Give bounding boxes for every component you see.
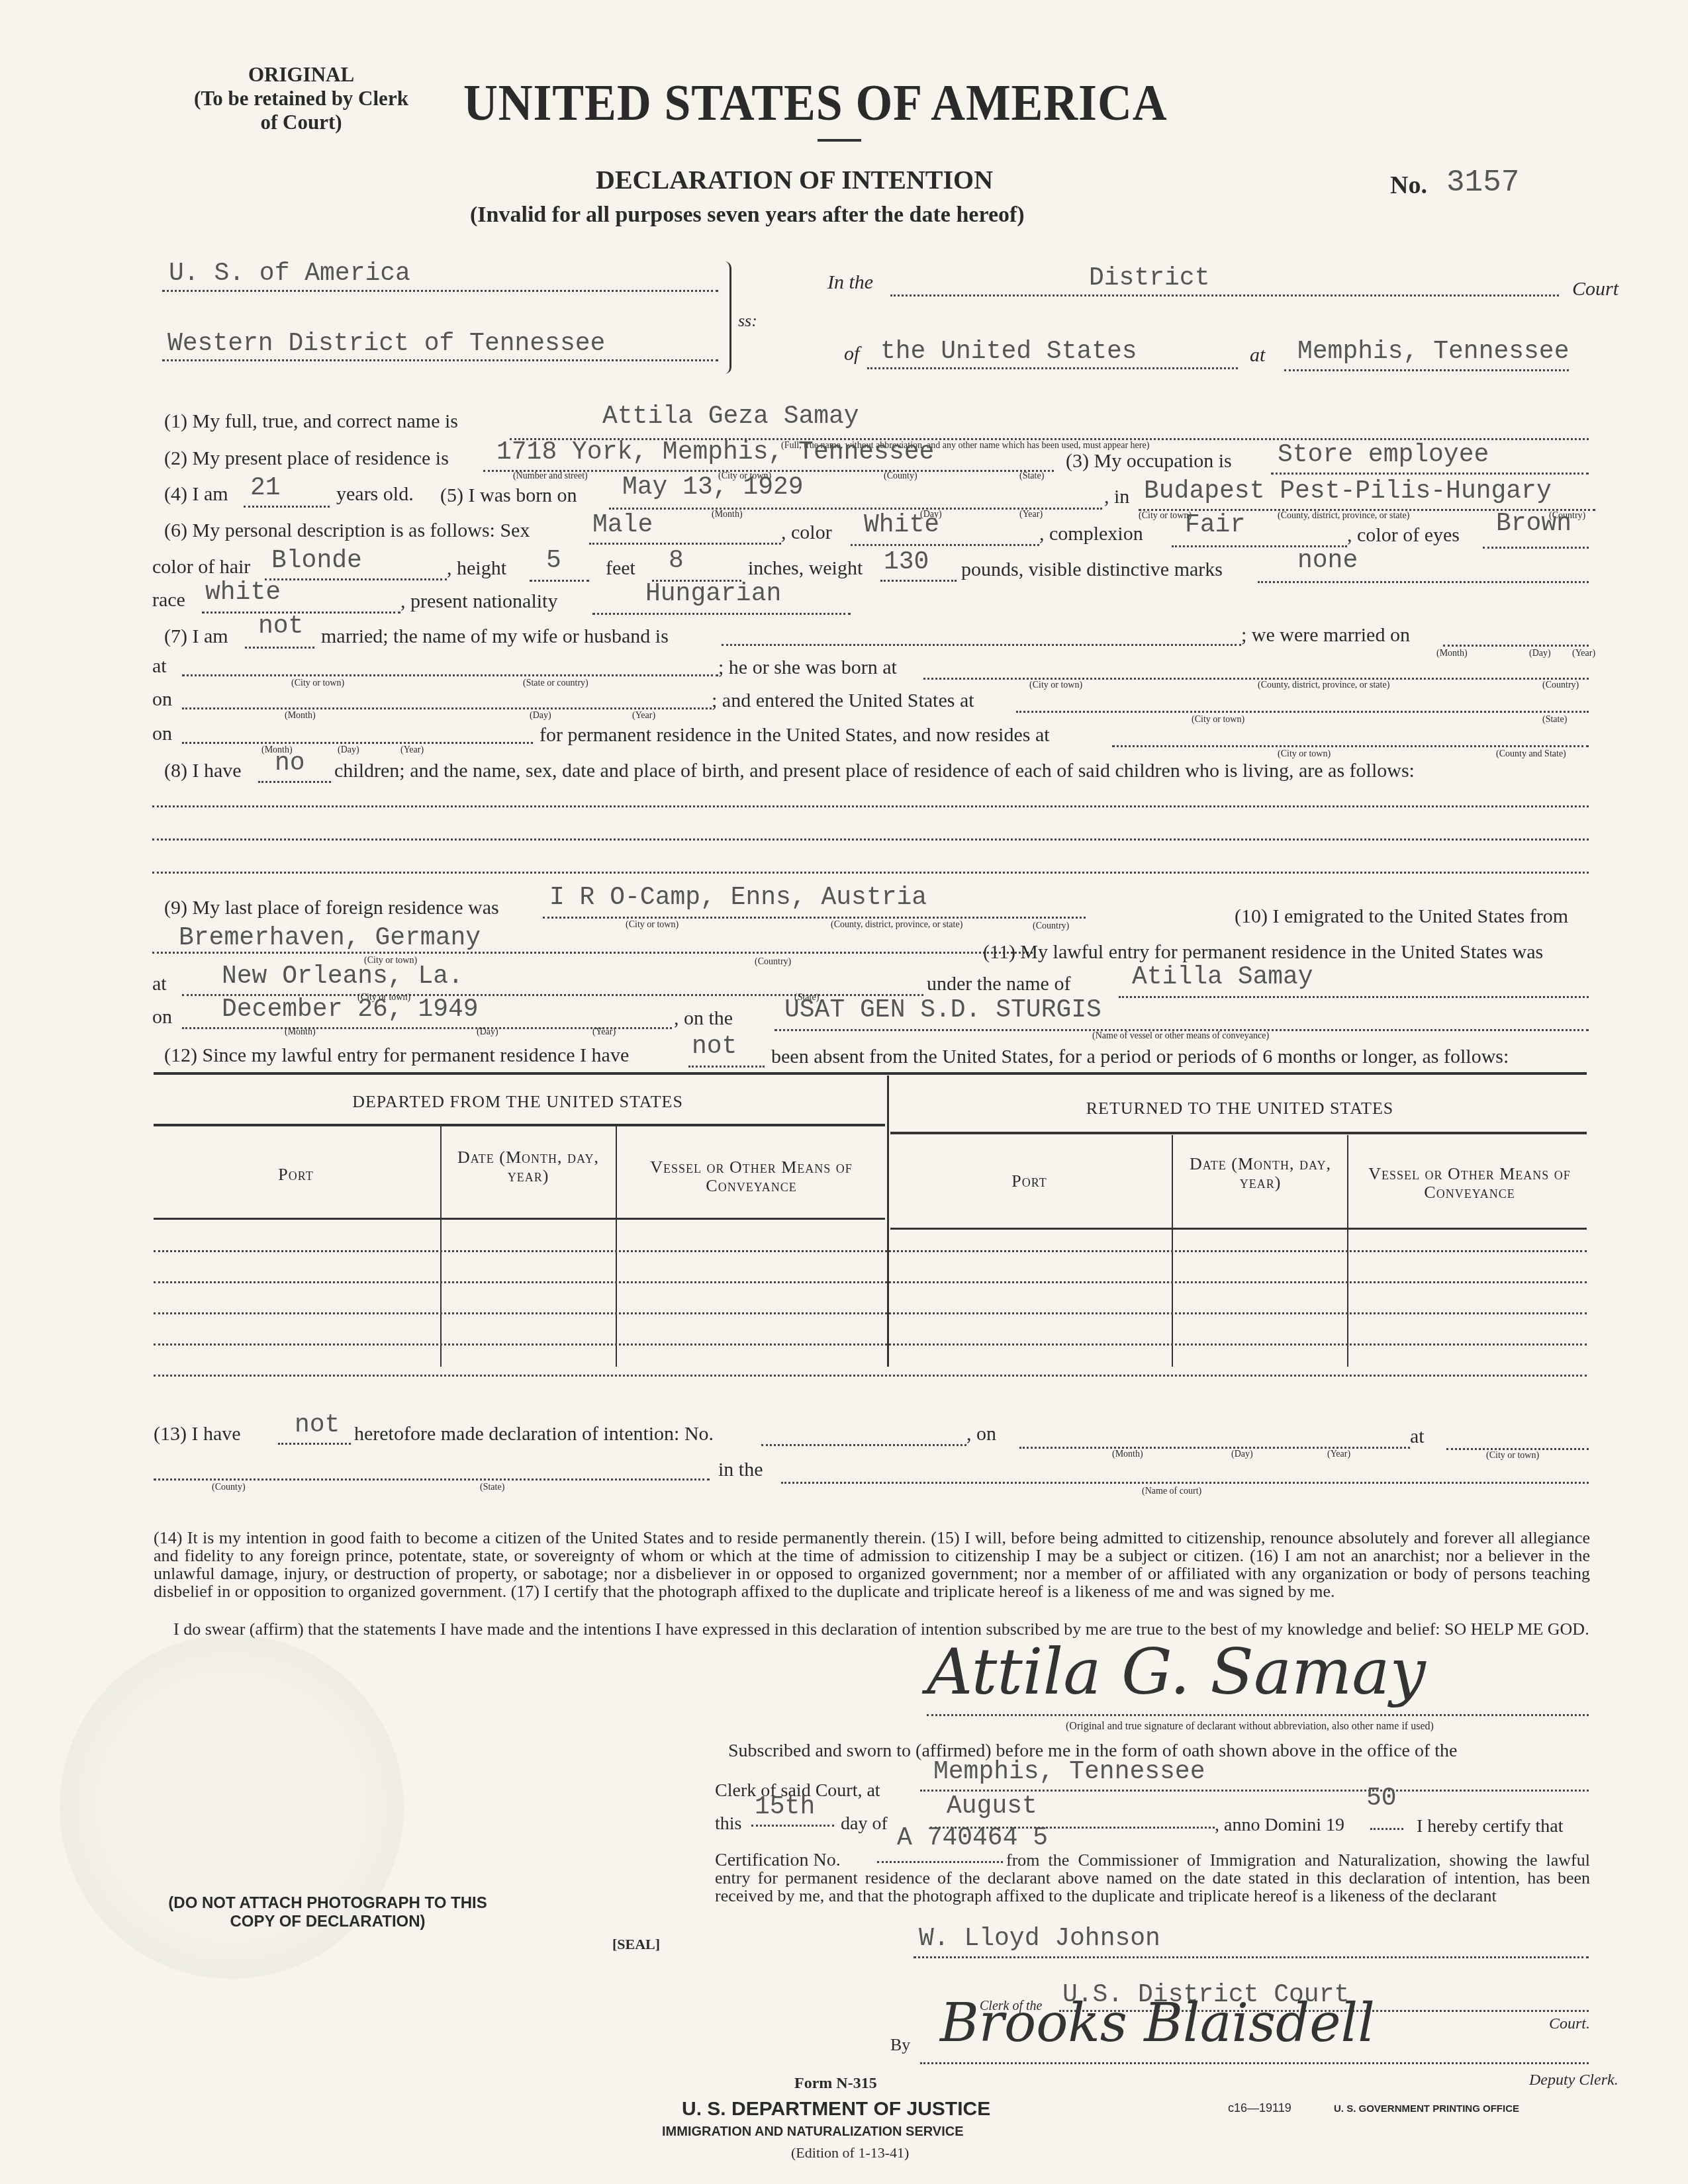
form-number: Form N-315 [794, 2075, 877, 2093]
children-line-1[interactable] [152, 791, 1589, 807]
entry-at-label: at [152, 973, 167, 995]
entry-sub-year: (Year) [400, 745, 424, 756]
q1-label: (1) My full, true, and correct name is [164, 410, 458, 433]
under-name-label: under the name of [927, 973, 1070, 995]
vessel-sub: (Name of vessel or other means of convey… [1092, 1031, 1269, 1042]
prior-on-label: , on [966, 1423, 996, 1445]
spouse-residence-field[interactable] [1112, 723, 1589, 747]
entry-name-field[interactable]: Atilla Samay [1119, 970, 1589, 998]
prior-declaration-status: not [295, 1411, 340, 1439]
print-code: c16—19119 [1228, 2101, 1291, 2115]
weight-field[interactable]: 130 [880, 552, 957, 582]
venue-district-field[interactable]: Western District of Tennessee [162, 330, 718, 361]
ss-label: ss: [738, 311, 757, 331]
certification-number: A 740464 5 [897, 1824, 1048, 1852]
q13-label: (13) I have [154, 1423, 241, 1445]
prior-sub-month: (Month) [1112, 1449, 1143, 1460]
prior-in-the-label: in the [718, 1459, 763, 1481]
prior-city-field[interactable] [1446, 1426, 1589, 1450]
original-label: ORIGINAL [192, 63, 410, 87]
birth-place-field[interactable]: Budapest Pest-Pilis-Hungary [1139, 480, 1595, 511]
q9-label: (9) My last place of foreign residence w… [164, 897, 499, 919]
document-subtitle: DECLARATION OF INTENTION [596, 164, 993, 195]
resides-sub-city: (City or town) [1278, 749, 1331, 760]
birth-date-field[interactable]: May 13, 1929 [609, 480, 1102, 510]
edition: (Edition of 1-13-41) [791, 2144, 909, 2161]
residence-field[interactable]: 1718 York, Memphis, Tennessee [483, 442, 1054, 472]
race-field[interactable]: white [202, 584, 400, 614]
resides-sub-county: (County and State) [1496, 749, 1566, 760]
marriage-place-field[interactable] [182, 652, 718, 676]
certify-label: I hereby certify that [1417, 1816, 1564, 1837]
q7-spouse-label: married; the name of my wife or husband … [321, 625, 669, 648]
service: IMMIGRATION AND NATURALIZATION SERVICE [662, 2124, 964, 2140]
prior-sub-court: (Name of court) [1142, 1486, 1201, 1497]
prior-number-field[interactable] [761, 1422, 966, 1446]
complexion-field[interactable]: Fair [1172, 518, 1347, 547]
prior-court-field[interactable] [781, 1459, 1589, 1484]
deputy-clerk-label: Deputy Clerk. [1529, 2071, 1618, 2089]
venue-country-field[interactable]: U. S. of America [162, 263, 718, 292]
spouse-entry-date-field[interactable] [182, 719, 533, 744]
entry-date: December 26, 1949 [222, 995, 479, 1024]
emigrated-from: Bremerhaven, Germany [179, 924, 481, 952]
age: 21 [250, 474, 281, 502]
table-top-rule [154, 1072, 1587, 1075]
last-res-sub-country: (Country) [1033, 921, 1069, 932]
q8-label: (8) I have [164, 760, 242, 782]
children-count: no [275, 749, 305, 778]
children-line-2[interactable] [152, 824, 1589, 841]
department: U. S. DEPARTMENT OF JUSTICE [682, 2098, 990, 2120]
married-status: not [258, 612, 303, 641]
venue-brace [720, 261, 731, 374]
clerk-name: W. Lloyd Johnson [919, 1925, 1160, 1953]
q12-label: (12) Since my lawful entry for permanent… [164, 1044, 629, 1067]
entry-date-sub-month: (Month) [285, 1027, 316, 1038]
children-line-3[interactable] [152, 857, 1589, 874]
entry-port: New Orleans, La. [222, 962, 463, 991]
children-count-field[interactable]: no [258, 754, 331, 783]
q5-label: (5) I was born on [440, 484, 577, 507]
departed-title: DEPARTED FROM THE UNITED STATES [154, 1092, 882, 1112]
declaration-number-label: No. [1390, 171, 1427, 200]
race: white [205, 578, 281, 607]
spouse-born-on-label: on [152, 688, 172, 711]
entry-sub-day: (Day) [338, 745, 359, 756]
birth-place: Budapest Pest-Pilis-Hungary [1144, 477, 1552, 506]
prior-sub-state: (State) [480, 1482, 504, 1493]
of-label: of [844, 343, 859, 365]
years-old-label: years old. [336, 483, 414, 506]
q8-text: children; and the name, sex, date and pl… [334, 760, 1415, 782]
in-the-label: In the [827, 271, 873, 294]
declarant-signature-note: (Original and true signature of declaran… [1066, 1721, 1434, 1733]
married-at-label: at [152, 655, 167, 678]
court-label: Court [1572, 278, 1618, 300]
oath-month: August [947, 1792, 1037, 1821]
eyes-label: , color of eyes [1347, 524, 1460, 547]
sex-field[interactable]: Male [589, 515, 781, 545]
height-inches-field[interactable]: 8 [652, 552, 741, 582]
court-of-field[interactable]: the United States [867, 338, 1238, 369]
feet-label: feet [606, 557, 635, 580]
clerk-location: Memphis, Tennessee [933, 1758, 1205, 1786]
returned-date-header: Date (Month, day, year) [1175, 1155, 1346, 1192]
prior-sub-year: (Year) [1327, 1449, 1350, 1460]
hair-field[interactable]: Blonde [265, 551, 447, 580]
day-field[interactable]: 15th [751, 1797, 834, 1827]
height-inches: 8 [669, 547, 684, 575]
table-row[interactable] [154, 1283, 1587, 1314]
at-label: at [1250, 344, 1265, 367]
age-field[interactable]: 21 [244, 478, 330, 508]
original-copy-note: ORIGINAL (To be retained by Clerk of Cou… [192, 63, 410, 134]
court-type: District [1089, 264, 1209, 293]
title-divider [818, 139, 861, 142]
year-field[interactable]: 50 [1370, 1801, 1403, 1830]
venue-country: U. S. of America [169, 259, 410, 288]
hair-label: color of hair [152, 556, 250, 578]
full-name: Attila Geza Samay [602, 402, 859, 431]
nationality: Hungarian [645, 580, 781, 608]
entry-name: Atilla Samay [1132, 963, 1313, 991]
weight: 130 [884, 548, 929, 576]
last-residence-field[interactable]: I R O-Camp, Enns, Austria [543, 890, 1086, 919]
q6-label: (6) My personal description is as follow… [164, 520, 530, 542]
color-label: , color [781, 522, 832, 544]
prior-declaration-field[interactable]: not [278, 1416, 351, 1445]
prior-at-label: at [1410, 1426, 1425, 1448]
returned-header-rule [890, 1132, 1587, 1134]
inches-weight-label: inches, weight [748, 557, 863, 580]
birth-date: May 13, 1929 [622, 473, 804, 502]
spouse-birth-sub-year: (Year) [632, 711, 655, 721]
absence-table-body [154, 1221, 1587, 1377]
entry-port-field[interactable]: New Orleans, La. [182, 968, 923, 996]
eye-color: Brown [1496, 510, 1571, 538]
absence-status: not [692, 1032, 737, 1061]
by-label: By [890, 2035, 910, 2055]
seal-label: [SEAL] [612, 1936, 660, 1953]
page-title: UNITED STATES OF AMERICA [463, 73, 1167, 132]
departed-vessel-header: Vessel or Other Means of Conveyance [619, 1158, 884, 1195]
declarant-signature-line[interactable] [927, 1694, 1589, 1716]
court-suffix-label: Court. [1549, 2015, 1590, 2033]
prior-sub-county: (County) [212, 1482, 246, 1493]
sex: Male [592, 511, 653, 539]
declaration-number: 3157 [1446, 165, 1519, 200]
spouse-entry-on-label: on [152, 723, 172, 745]
race-label: race [152, 589, 185, 612]
nationality-label: , present nationality [400, 590, 557, 613]
q10-label: (10) I emigrated to the United States fr… [1235, 905, 1568, 928]
color: White [864, 511, 939, 539]
residence-sub-street: (Number and street) [513, 471, 588, 482]
marriage-date-field[interactable] [1443, 622, 1589, 647]
departed-date-header: Date (Month, day, year) [442, 1148, 614, 1185]
table-row[interactable] [154, 1314, 1587, 1345]
marks-label: pounds, visible distinctive marks [961, 559, 1223, 581]
married-status-field[interactable]: not [245, 619, 314, 649]
spouse-birthplace-field[interactable] [923, 655, 1589, 680]
from-sub-country: (Country) [755, 957, 791, 968]
table-row[interactable] [154, 1345, 1587, 1377]
occupation-field[interactable]: Store employee [1271, 443, 1589, 475]
distinctive-marks: none [1297, 547, 1358, 575]
entry-date-field[interactable]: December 26, 1949 [182, 1001, 672, 1029]
spouse-entry-place-field[interactable] [1016, 688, 1589, 713]
anno-domini-label: , anno Domini 19 [1215, 1815, 1344, 1836]
entry-date-sub-year: (Year) [592, 1027, 616, 1038]
emigrated-from-field[interactable]: Bremerhaven, Germany [152, 925, 1033, 954]
prior-county-field[interactable] [154, 1456, 710, 1480]
departed-columns-rule [154, 1218, 885, 1220]
q2-label: (2) My present place of residence is [164, 447, 449, 470]
q7-label: (7) I am [164, 625, 228, 648]
venue-district: Western District of Tennessee [167, 330, 605, 358]
entry-on-label: on [152, 1006, 172, 1028]
returned-vessel-header: Vessel or Other Means of Conveyance [1350, 1165, 1589, 1202]
certification-text: from the Commissioner of Immigration and… [715, 1851, 1590, 1905]
q3-label: (3) My occupation is [1066, 450, 1232, 473]
clerk-location-field[interactable]: Memphis, Tennessee [920, 1762, 1589, 1792]
departed-port-header: Port [154, 1165, 438, 1185]
table-row[interactable] [154, 1221, 1587, 1252]
residence: 1718 York, Memphis, Tennessee [496, 438, 934, 467]
returned-port-header: Port [890, 1171, 1168, 1191]
entry-vessel: USAT GEN S.D. STURGIS [784, 996, 1102, 1024]
photo-note: (DO NOT ATTACH PHOTOGRAPH TO THIS COPY O… [159, 1894, 496, 1931]
on-the-label: , on the [674, 1007, 733, 1030]
occupation: Store employee [1278, 441, 1489, 469]
height-feet-field[interactable]: 5 [530, 552, 589, 582]
table-row[interactable] [154, 1252, 1587, 1283]
marks-field[interactable]: none [1258, 553, 1589, 583]
in-label: , in [1104, 486, 1129, 508]
q12-text: been absent from the United States, for … [771, 1046, 1509, 1068]
complexion-label: , complexion [1039, 523, 1143, 545]
this-label: this [715, 1813, 741, 1835]
court-of: the United States [880, 338, 1137, 366]
complexion: Fair [1185, 511, 1245, 539]
q11-label: (11) My lawful entry for permanent resid… [983, 941, 1543, 964]
hair-color: Blonde [271, 547, 362, 575]
clerk-name-field[interactable]: W. Lloyd Johnson [914, 1926, 1589, 1958]
vessel-field[interactable]: USAT GEN S.D. STURGIS [774, 1003, 1589, 1031]
color-field[interactable]: White [851, 516, 1039, 546]
full-name-field[interactable]: Attila Geza Samay [510, 410, 1589, 440]
spouse-birth-date-field[interactable] [182, 685, 712, 709]
court-type-field[interactable]: District [890, 268, 1559, 296]
prior-date-field[interactable] [1019, 1424, 1410, 1449]
last-foreign-residence: I R O-Camp, Enns, Austria [549, 884, 927, 912]
perm-res-label: for permanent residence in the United St… [539, 724, 1050, 747]
married-on-label: ; we were married on [1241, 624, 1410, 647]
departed-header-rule [154, 1124, 885, 1126]
day-of-label: day of [841, 1813, 888, 1835]
q13-text: heretofore made declaration of intention… [354, 1423, 714, 1445]
entered-at-label: ; and entered the United States at [712, 690, 974, 712]
deputy-signature: Brooks Blaisdell [940, 1992, 1375, 2054]
returned-title: RETURNED TO THE UNITED STATES [892, 1099, 1587, 1118]
nationality-field[interactable]: Hungarian [592, 585, 851, 615]
retained-note: (To be retained by Clerk of Court) [192, 87, 410, 134]
spouse-born-label: ; he or she was born at [718, 657, 897, 679]
height-feet: 5 [546, 547, 561, 575]
prior-sub-day: (Day) [1231, 1449, 1253, 1460]
oath-text: (14) It is my intention in good faith to… [154, 1529, 1590, 1600]
court-location-field[interactable]: Memphis, Tennessee [1284, 338, 1569, 371]
eyes-field[interactable]: Brown [1483, 519, 1589, 549]
court-location: Memphis, Tennessee [1297, 338, 1569, 366]
printer: U. S. GOVERNMENT PRINTING OFFICE [1334, 2103, 1519, 2115]
spouse-name-field[interactable] [722, 620, 1241, 646]
validity-note: (Invalid for all purposes seven years af… [470, 203, 1025, 228]
oath-year: 50 [1366, 1784, 1397, 1813]
oath-day: 15th [755, 1793, 815, 1821]
q4-label: (4) I am [164, 483, 228, 506]
height-label: , height [447, 557, 506, 580]
absence-field[interactable]: not [688, 1039, 765, 1068]
entry-date-sub-day: (Day) [477, 1027, 498, 1038]
